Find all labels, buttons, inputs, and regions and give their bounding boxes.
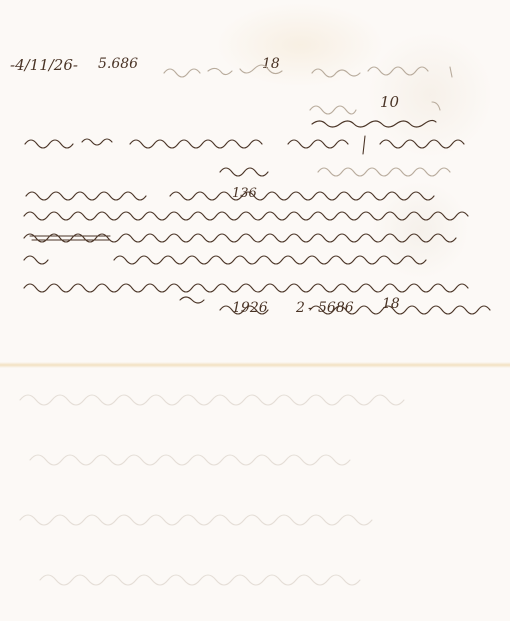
closing-year-gregorian: 1926 <box>232 300 268 316</box>
closing-year-hebrew: 5686 <box>318 300 354 316</box>
salutation-script <box>300 90 460 130</box>
bleed-through-texture <box>0 370 510 620</box>
letter-body-script <box>20 130 500 370</box>
header-date-gregorian: -4/11/26- <box>10 56 78 74</box>
header-year-hebrew: 5.686 <box>98 56 138 72</box>
closing-separator: - <box>308 300 313 316</box>
closing-gregorian-day: 2 <box>296 300 305 316</box>
body-number-136: 136 <box>232 186 257 201</box>
header-hebrew-script <box>160 55 460 85</box>
closing-day: 18 <box>382 296 400 312</box>
